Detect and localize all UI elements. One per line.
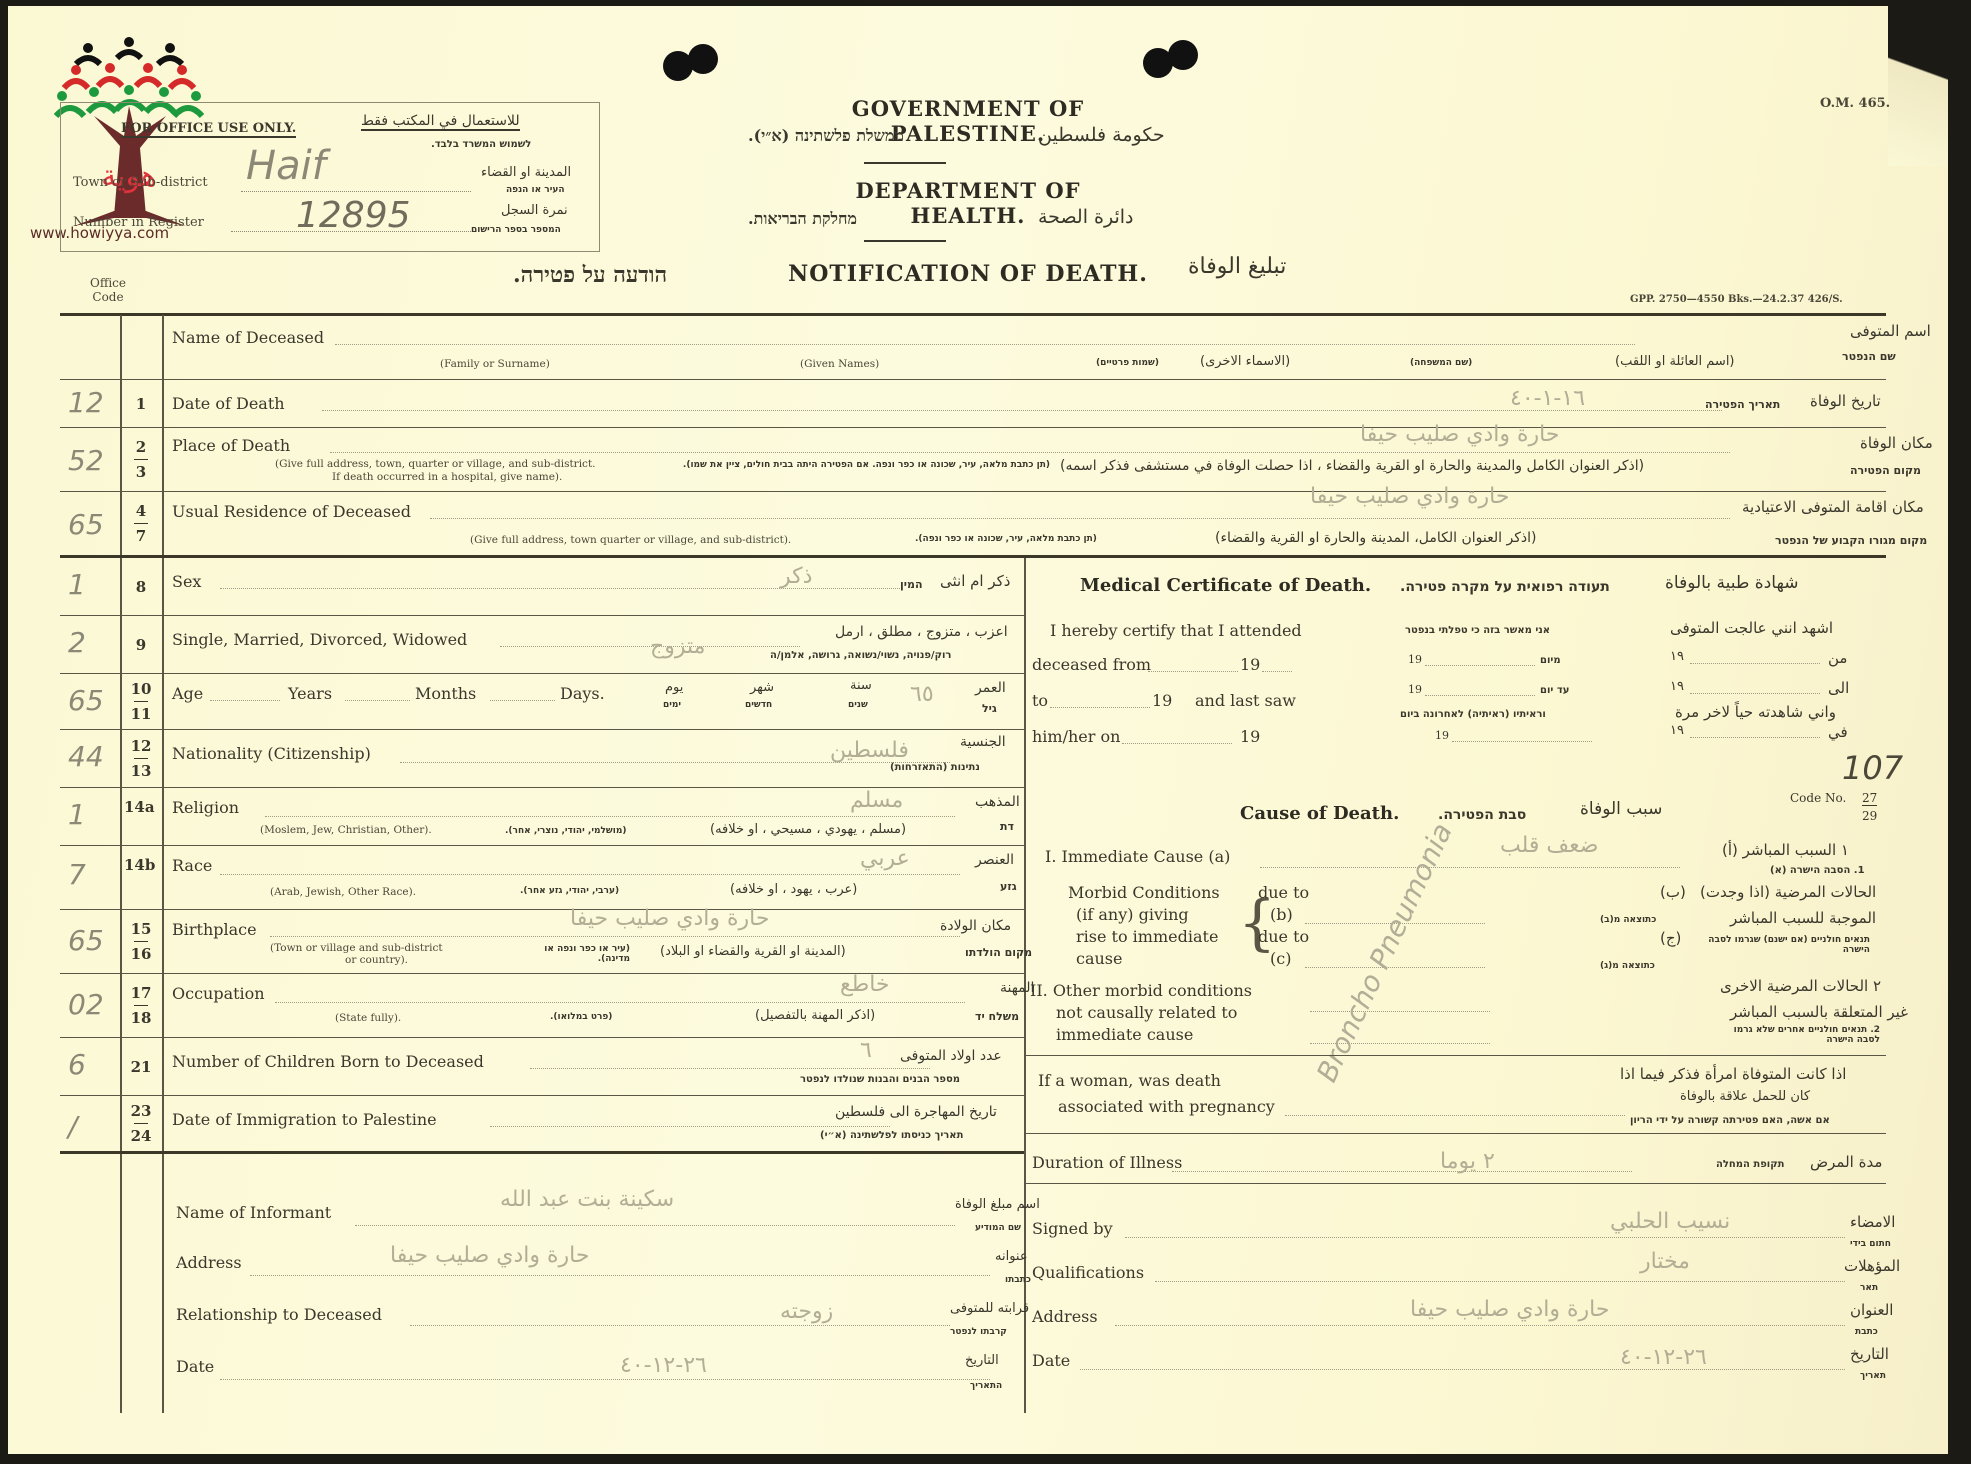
certify-text-he: אני מאשר בזה כי טפלתי בנפטר — [1405, 625, 1550, 636]
other-morbid-ar-2: غير المتعلقة بالسبب المباشر — [1730, 1003, 1908, 1021]
informant-name-he: שם המודיע — [975, 1223, 1021, 1233]
row-number: 15 — [131, 919, 152, 939]
row-number: 16 — [131, 944, 152, 964]
occupation-note: (State fully). — [335, 1012, 401, 1024]
qualifications-he: תאר — [1860, 1283, 1878, 1293]
row-children: 6 21 Number of Children Born to Deceased… — [60, 1038, 1024, 1096]
to-label-ar: الى — [1828, 679, 1849, 697]
row-birthplace: 65 1516 Birthplace (Town or village and … — [60, 910, 1024, 974]
race-field[interactable] — [220, 874, 960, 875]
row-number: 8 — [120, 558, 162, 615]
informant-address-value: حارة وادي صليب حيفا — [390, 1243, 589, 1268]
place-label-he: מקום הפטירה — [1850, 464, 1921, 477]
nationality-label: Nationality (Citizenship) — [172, 744, 371, 763]
department-title-ar: دائرة الصحة — [1038, 206, 1134, 228]
code-value: 1 — [68, 568, 86, 601]
birthplace-note-2: or country). — [345, 954, 408, 966]
qualifications-ar: المؤهلات — [1844, 1257, 1900, 1275]
town-label: Town or Sub-district — [73, 175, 208, 190]
last-saw-label-he: וראיתיו (ראיתיה) לאחרונה ביום — [1400, 709, 1546, 720]
government-title-ar: حكومة فلسطين — [1038, 124, 1165, 146]
birthplace-label: Birthplace — [172, 920, 257, 939]
office-use-title-ar: للاستعمال في المكتب فقط — [361, 113, 520, 131]
cause-of-death-title: Cause of Death. — [1240, 803, 1399, 824]
religion-label-ar: المذهب — [975, 794, 1020, 810]
immigration-label-he: תאריך כניסתו לפלשתינה (א״י) — [820, 1130, 963, 1141]
row-marital-status: 2 9 Single, Married, Divorced, Widowed م… — [60, 616, 1024, 674]
office-use-title-he: לשמוש המשרד בלבד. — [431, 139, 531, 150]
age-years-field[interactable] — [210, 700, 280, 701]
from-year-he: 19 — [1408, 653, 1422, 666]
duration-label: Duration of Illness — [1032, 1153, 1182, 1172]
code-value: 6 — [68, 1048, 86, 1081]
children-label-he: מספר הבנים והבנות שנולדו לנפטר — [800, 1074, 960, 1085]
informant-date-field[interactable] — [220, 1379, 990, 1380]
row-occupation: 02 1718 Occupation (State fully). (פרט ב… — [60, 974, 1024, 1038]
date-of-death-label-he: תאריך הפטירה — [1705, 398, 1780, 411]
code-value: 7 — [68, 858, 86, 891]
age-month-ar: شهر — [750, 680, 774, 695]
religion-value: مسلم — [850, 788, 903, 813]
race-label: Race — [172, 856, 212, 875]
occupation-label-he: משלח יד — [975, 1010, 1019, 1023]
religion-label: Religion — [172, 798, 239, 817]
row-sex: 1 8 Sex ذكر המין ذكر ام انثى — [60, 558, 1024, 616]
punch-hole — [688, 44, 718, 74]
row-number: 2 — [136, 437, 146, 457]
on-date-field-ar[interactable] — [1690, 737, 1820, 738]
row-place-of-death: 52 23 Place of Death (Give full address,… — [60, 428, 1886, 492]
place-of-death-label: Place of Death — [172, 436, 290, 455]
informant-date-value: ٢٦-١٢-٤٠ — [620, 1353, 707, 1378]
code-value: 65 — [68, 508, 104, 541]
code-no-bottom: 29 — [1862, 809, 1877, 823]
pregnancy-label-1: If a woman, was death — [1038, 1071, 1221, 1090]
duration-field[interactable] — [1172, 1171, 1632, 1172]
signer-address-field[interactable] — [1115, 1325, 1845, 1326]
department-title-he: מחלקת הבריאות. — [748, 209, 857, 229]
signed-by-value: نسيب الحلبي — [1610, 1209, 1730, 1234]
row-immigration: / 2324 Date of Immigration to Palestine … — [60, 1096, 1024, 1154]
given-note-he: (שמות פרטיים) — [1096, 358, 1159, 368]
residence-label-he: מקום מגורו הקבוע של הנפטר — [1775, 534, 1927, 547]
from-year: 19 — [1240, 655, 1260, 674]
signer-date-value: ٢٦-١٢-٤٠ — [1620, 1345, 1707, 1370]
divider — [864, 240, 946, 242]
row-number: 10 — [131, 679, 152, 699]
place-note-1: (Give full address, town, quarter or vil… — [275, 458, 596, 470]
town-value: Haif — [246, 143, 326, 189]
informant-relationship-value: زوجته — [780, 1299, 833, 1324]
row-number: 21 — [120, 1038, 162, 1095]
informant-name-field[interactable] — [355, 1225, 955, 1226]
medical-certificate-title: Medical Certificate of Death. — [1080, 575, 1371, 596]
informant-address-he: כתבתו — [1005, 1275, 1031, 1285]
residence-label: Usual Residence of Deceased — [172, 502, 411, 521]
age-days-field[interactable] — [490, 700, 555, 701]
code-value: 2 — [68, 626, 86, 659]
row-duration-divider — [1024, 1183, 1886, 1184]
from-year-ar: ١٩ — [1670, 649, 1684, 664]
on-year-ar: ١٩ — [1670, 723, 1684, 738]
other-morbid-label-1: II. Other morbid conditions — [1030, 981, 1252, 1000]
name-field[interactable] — [335, 344, 1635, 345]
immediate-cause-he: 1. הסבה הישרה (א) — [1770, 865, 1865, 876]
race-value: عربي — [860, 846, 910, 871]
office-use-title: FOR OFFICE USE ONLY. — [121, 121, 296, 138]
age-years-label: Years — [288, 684, 332, 703]
birthplace-note-he: (עיר או כפר ונפה או מדינה). — [520, 944, 630, 964]
row-cause-divider — [1024, 1055, 1886, 1056]
signed-by-ar: الامضاء — [1850, 1213, 1895, 1231]
to-year-he: 19 — [1408, 683, 1422, 696]
code-value: 44 — [68, 740, 104, 773]
b-label: (b) — [1270, 905, 1293, 924]
other-morbid-label-2: not causally related to — [1056, 1003, 1237, 1022]
to-date-field-ar[interactable] — [1690, 693, 1820, 694]
informant-address-label: Address — [176, 1253, 242, 1272]
informant-address-field[interactable] — [250, 1275, 990, 1276]
family-note-ar: (اسم العائلة او اللقب) — [1615, 354, 1735, 369]
to-year-ar: ١٩ — [1670, 679, 1684, 694]
row-pregnancy-divider — [1024, 1133, 1886, 1134]
race-label-he: גזע — [1000, 880, 1017, 893]
residence-note: (Give full address, town quarter or vill… — [470, 534, 791, 546]
morbid-ar-1: الحالات المرضية (اذا وجدت) — [1700, 883, 1876, 901]
b-label-he: כתוצאה מ(ב) — [1600, 915, 1656, 925]
signer-address-value: حارة وادي صليب حيفا — [1410, 1297, 1609, 1322]
on-label: him/her on — [1032, 727, 1120, 746]
sex-label-he: המין — [900, 578, 923, 591]
on-date-field[interactable] — [1122, 743, 1232, 744]
informant-relationship-he: קרבתו לנפטר — [950, 1327, 1007, 1337]
informant-name-label: Name of Informant — [176, 1203, 331, 1222]
other-morbid-value: Broncho Pneumonia — [1310, 818, 1459, 1087]
other-morbid-label-3: immediate cause — [1056, 1025, 1193, 1044]
age-label-he: גיל — [982, 702, 997, 715]
age-months-field[interactable] — [345, 700, 410, 701]
row-number: 11 — [131, 704, 152, 724]
cause-of-death-title-ar: سبب الوفاة — [1580, 799, 1662, 819]
morbid-label-3: rise to immediate — [1076, 927, 1218, 946]
row-number: 9 — [120, 616, 162, 673]
row-religion: 1 14a Religion (Moslem, Jew, Christian, … — [60, 788, 1024, 846]
row-number: 7 — [136, 526, 146, 546]
office-code-label: Office Code — [88, 276, 128, 304]
morbid-he: תנאים חולניים (אם ישנם) שגרמו לסבה הישרה — [1700, 935, 1870, 955]
row-number: 14a — [124, 788, 162, 816]
immediate-cause-ar: ١ السبب المباشر (أ) — [1722, 841, 1849, 859]
due-to-c-label: due to — [1258, 927, 1309, 946]
last-saw-label: and last saw — [1195, 691, 1296, 710]
from-date-field-he[interactable] — [1425, 665, 1535, 666]
on-year-he: 19 — [1435, 729, 1449, 742]
signed-by-field[interactable] — [1125, 1237, 1845, 1238]
occupation-note-he: (פרט במלואו). — [550, 1012, 612, 1022]
immediate-cause-field[interactable] — [1260, 867, 1680, 868]
race-label-ar: العنصر — [975, 852, 1014, 868]
code-no-label: Code No. — [1790, 791, 1846, 805]
register-label: Number in Register — [73, 215, 204, 230]
family-note-he: (שם המשפחה) — [1410, 358, 1472, 368]
row-usual-residence: 65 47 Usual Residence of Deceased (Give … — [60, 492, 1886, 558]
age-year-he: שנים — [848, 700, 868, 710]
name-label: Name of Deceased — [172, 328, 324, 347]
signer-address-he: כתבת — [1855, 1327, 1878, 1337]
religion-field[interactable] — [265, 816, 955, 817]
morbid-label-1: Morbid Conditions — [1068, 883, 1220, 902]
birthplace-label-he: מקום הולדתו — [965, 946, 1032, 959]
c-label-he: כתוצאה מ(ג) — [1600, 961, 1655, 971]
race-note-ar: (عرب ، يهود ، او خلافه) — [730, 882, 857, 897]
age-label: Age — [172, 684, 203, 703]
c-label: (c) — [1270, 949, 1291, 968]
informant-relationship-field[interactable] — [410, 1325, 950, 1326]
children-field[interactable] — [530, 1068, 930, 1069]
pregnancy-label-2: associated with pregnancy — [1058, 1097, 1275, 1116]
name-label-he: שם הנפטר — [1842, 350, 1896, 363]
occupation-label: Occupation — [172, 984, 265, 1003]
to-label-he: עד יום — [1540, 685, 1569, 696]
residence-note-he: (תן כתבת מלאה, עיר, שכונה או כפר ונפה). — [915, 534, 1097, 544]
name-label-ar: اسم المتوفى — [1850, 322, 1931, 340]
row-age: 65 1011 Age Years Months Days. يوم ימים … — [60, 674, 1024, 730]
code-no-top: 27 — [1862, 791, 1877, 806]
code-value: 02 — [68, 988, 104, 1021]
to-date-field[interactable] — [1050, 707, 1150, 708]
signer-address-label: Address — [1032, 1307, 1098, 1326]
date-of-death-label-ar: تاريخ الوفاة — [1810, 392, 1881, 410]
sex-label-ar: ذكر ام انثى — [940, 572, 1010, 590]
residence-field[interactable] — [430, 518, 1730, 519]
last-saw-label-ar: واني شاهدته حياً لاخر مرة — [1675, 703, 1836, 721]
residence-value: حارة وادي صليب حيفا — [1310, 484, 1509, 509]
place-of-death-field[interactable] — [330, 452, 1730, 453]
medical-certificate-title-he: תעודה רפואית על מקרה פטירה. — [1400, 579, 1610, 595]
religion-note: (Moslem, Jew, Christian, Other). — [260, 824, 432, 836]
informant-address-ar: عنوانه — [995, 1249, 1028, 1264]
pregnancy-ar-2: كان للحمل علاقة بالوفاة — [1680, 1089, 1810, 1104]
signer-date-he: תאריך — [1860, 1371, 1886, 1381]
marital-value: متزوج — [650, 634, 705, 659]
government-title-he: ממשלת פלשתינה (א״י). — [748, 126, 904, 146]
town-label-ar: المدينة او القضاء — [481, 165, 571, 180]
row-number: 1 — [120, 380, 162, 427]
row-number: 13 — [131, 761, 152, 781]
on-year: 19 — [1240, 727, 1260, 746]
pregnancy-he: אם אשה, האם פטירתה קשורה על ידי הריון — [1630, 1115, 1830, 1126]
marital-label-ar: اعزب ، متزوج ، مطلق ، ارمل — [835, 624, 1008, 640]
row-number: 24 — [131, 1126, 152, 1146]
row-number: 18 — [131, 1008, 152, 1028]
place-note-he: (תן כתבת מלאה, עיר, שכונה או כפר ונפה. א… — [655, 460, 1050, 470]
row-number: 23 — [131, 1101, 152, 1121]
other-morbid-ar-1: ٢ الحالات المرضية الاخرى — [1720, 977, 1881, 995]
duration-value: ٢ يوما — [1440, 1149, 1495, 1174]
code-value: 65 — [68, 924, 104, 957]
race-note-he: (ערבי, יהודי, גזע אחר). — [520, 886, 619, 896]
qualifications-label: Qualifications — [1032, 1263, 1144, 1282]
form-title-ar: تبليغ الوفاة — [1188, 254, 1286, 279]
signed-by-label: Signed by — [1032, 1219, 1113, 1238]
age-year-ar: سنة — [850, 678, 872, 693]
row-race: 7 14b Race (Arab, Jewish, Other Race). (… — [60, 846, 1024, 910]
date-of-death-label: Date of Death — [172, 394, 285, 413]
birthplace-note-1: (Town or village and sub-district — [270, 942, 443, 954]
immediate-cause-value: ضعف قلب — [1500, 833, 1598, 858]
on-date-field-he[interactable] — [1452, 741, 1592, 742]
to-date-field-he[interactable] — [1425, 695, 1535, 696]
row-number: 12 — [131, 736, 152, 756]
from-date-field-ar[interactable] — [1690, 663, 1820, 664]
place-label-ar: مكان الوفاة — [1860, 434, 1933, 452]
birthplace-value: حارة وادي صليب حيفا — [570, 906, 769, 931]
medical-certificate-title-ar: شهادة طبية بالوفاة — [1665, 573, 1799, 593]
row-number: 3 — [136, 462, 146, 482]
date-of-death-value: ١٦-١-٤٠ — [1510, 386, 1585, 411]
age-value: ٦٥ — [910, 682, 934, 707]
place-note-ar: (اذكر العنوان الكامل والمدينة والحارة او… — [1060, 458, 1644, 474]
handwritten-code: 107 — [1842, 749, 1903, 787]
row-number: 17 — [131, 983, 152, 1003]
nationality-value: فلسطين — [830, 738, 909, 763]
place-note-2: If death occurred in a hospital, give na… — [332, 471, 562, 483]
row-date-of-death: 12 1 Date of Death ١٦-١-٤٠ תאריך הפטירה … — [60, 380, 1886, 428]
informant-name-value: سكينة بنت عبد الله — [500, 1187, 674, 1212]
duration-he: תקופת המחלה — [1716, 1159, 1784, 1170]
form-title: NOTIFICATION OF DEATH. — [778, 261, 1158, 287]
from-label-he: מיום — [1540, 655, 1561, 666]
form-number: O.M. 465. — [1820, 96, 1890, 111]
from-year-field[interactable] — [1262, 671, 1292, 672]
age-day-ar: يوم — [665, 680, 683, 695]
birthplace-note-ar: (المدينة او القرية والقضاء او البلاد) — [660, 944, 846, 959]
from-date-field[interactable] — [1148, 671, 1238, 672]
morbid-ar-2: الموجبة للسبب المباشر — [1730, 909, 1876, 927]
code-value: 65 — [68, 684, 104, 717]
c-label-ar: (ج) — [1660, 929, 1681, 947]
immigration-label-ar: تاريخ المهاجرة الى فلسطين — [835, 1104, 997, 1120]
code-value: 52 — [68, 444, 104, 477]
given-note-ar: (الاسماء الاخرى) — [1200, 354, 1290, 369]
row-name: Name of Deceased (Family or Surname) (Gi… — [60, 316, 1886, 380]
age-day-he: ימים — [663, 700, 681, 710]
other-morbid-field-1[interactable] — [1310, 1011, 1490, 1012]
morbid-label-2: (if any) giving — [1076, 905, 1189, 924]
register-label-he: המספר בספר הרישום — [471, 225, 561, 235]
informant-date-he: התאריך — [970, 1381, 1002, 1391]
code-value: 12 — [68, 386, 104, 419]
cause-of-death-title-he: סבת הפטירה. — [1438, 807, 1526, 823]
family-note: (Family or Surname) — [440, 358, 550, 370]
town-field[interactable] — [241, 191, 471, 192]
qualifications-field[interactable] — [1155, 1281, 1845, 1282]
religion-note-he: (מושלמי, יהודי, נוצרי, אחר). — [505, 826, 626, 836]
folded-corner — [1888, 6, 1948, 166]
marital-label: Single, Married, Divorced, Widowed — [172, 630, 467, 649]
to-year: 19 — [1152, 691, 1172, 710]
children-label-ar: عدد اولاد المتوفى — [900, 1048, 1002, 1064]
town-label-he: העיר או הנפה — [506, 185, 565, 195]
code-value: / — [68, 1110, 77, 1143]
signer-address-ar: العنوان — [1850, 1301, 1893, 1319]
race-note: (Arab, Jewish, Other Race). — [270, 886, 416, 898]
age-months-label: Months — [415, 684, 476, 703]
age-month-he: חדשים — [745, 700, 772, 710]
signer-date-ar: التاريخ — [1850, 1345, 1889, 1363]
to-label: to — [1032, 691, 1048, 710]
row-number: 14b — [124, 846, 162, 874]
row-nationality: 44 1213 Nationality (Citizenship) فلسطين… — [60, 730, 1024, 788]
signer-date-label: Date — [1032, 1351, 1070, 1370]
signed-by-he: חתום בידי — [1850, 1239, 1891, 1249]
place-of-death-value: حارة وادي صليب حيفا — [1360, 422, 1559, 447]
from-label: deceased from — [1032, 655, 1151, 674]
immigration-label: Date of Immigration to Palestine — [172, 1110, 437, 1129]
immigration-field[interactable] — [490, 1126, 890, 1127]
signer-date-field[interactable] — [1080, 1369, 1845, 1370]
marital-label-he: רוק/פנויה, נשוי/נשואה, גרושה, אלמן/ה — [770, 650, 951, 661]
children-label: Number of Children Born to Deceased — [172, 1052, 484, 1071]
birthplace-field[interactable] — [270, 936, 960, 937]
from-label-ar: من — [1828, 649, 1847, 667]
immediate-cause-label: I. Immediate Cause (a) — [1045, 847, 1230, 866]
occupation-value: خاطع — [840, 972, 890, 997]
age-days-label: Days. — [560, 684, 605, 703]
pregnancy-field[interactable] — [1285, 1115, 1625, 1116]
punch-hole — [1168, 40, 1198, 70]
other-morbid-he: 2. תנאים חולניים אחרים שלא גרמו לסבה היש… — [1720, 1025, 1880, 1045]
occupation-field[interactable] — [275, 1002, 965, 1003]
sex-label: Sex — [172, 572, 201, 591]
informant-relationship-ar: قرابته للمتوفى — [950, 1301, 1029, 1316]
divider — [864, 162, 946, 164]
certify-text: I hereby certify that I attended — [1050, 621, 1302, 640]
birthplace-label-ar: مكان الولادة — [940, 918, 1011, 934]
nationality-label-ar: الجنسية — [960, 734, 1006, 750]
duration-ar: مدة المرض — [1810, 1153, 1882, 1171]
pregnancy-ar-1: اذا كانت المتوفاة امرأة فذكر فيما اذا — [1620, 1065, 1846, 1083]
religion-label-he: דת — [1000, 820, 1014, 833]
row-number: 4 — [136, 501, 146, 521]
given-note: (Given Names) — [800, 358, 879, 370]
informant-date-label: Date — [176, 1357, 214, 1376]
form-title-he: הודעה על פטירה. — [513, 262, 667, 288]
informant-relationship-label: Relationship to Deceased — [176, 1305, 382, 1324]
nationality-label-he: נתינות (התאזרחות) — [890, 762, 980, 773]
register-value: 12895 — [296, 195, 411, 236]
print-reference: GPP. 2750—4550 Bks.—24.2.37 426/S. — [1630, 294, 1843, 305]
qualifications-value: مختار — [1640, 1249, 1690, 1274]
office-use-box: FOR OFFICE USE ONLY. للاستعمال في المكتب… — [60, 102, 600, 252]
informant-date-ar: التاريخ — [965, 1353, 999, 1368]
informant-name-ar: اسم مبلغ الوفاة — [955, 1197, 1040, 1212]
code-value: 1 — [68, 798, 86, 831]
b-label-ar: (ب) — [1660, 883, 1686, 901]
occupation-note-ar: (اذكر المهنة بالتفصيل) — [755, 1008, 875, 1023]
sex-value: ذكر — [780, 564, 812, 589]
children-value: ٦ — [860, 1038, 872, 1063]
religion-note-ar: (مسلم ، يهودي ، مسيحي ، او خلافه) — [710, 822, 906, 837]
register-label-ar: نمرة السجل — [501, 203, 568, 218]
certify-text-ar: اشهد انني عالجت المتوفى — [1670, 619, 1833, 637]
due-to-b-label: due to — [1258, 883, 1309, 902]
age-label-ar: العمر — [975, 680, 1006, 696]
morbid-label-4: cause — [1076, 949, 1122, 968]
residence-label-ar: مكان اقامة المتوفى الاعتيادية — [1742, 498, 1924, 516]
on-label-ar: في — [1828, 723, 1848, 741]
residence-note-ar: (اذكر العنوان الكامل، المدينة والحارة او… — [1215, 530, 1536, 546]
